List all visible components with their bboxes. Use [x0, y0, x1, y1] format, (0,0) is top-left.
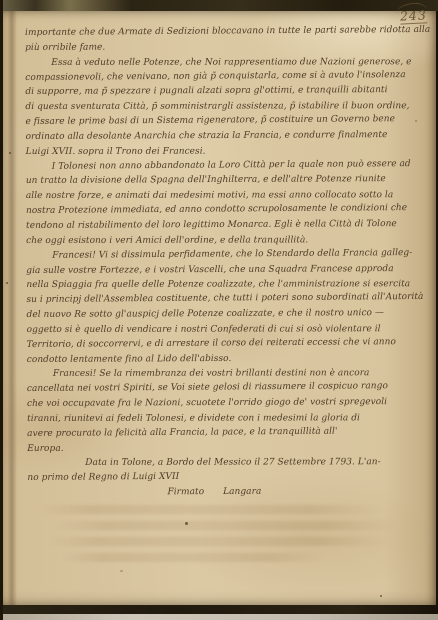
- manuscript-line: condotto lentamente fino al Lido dell'ab…: [27, 350, 432, 367]
- manuscript-line: tendono al ristabilimento del loro legit…: [26, 217, 431, 234]
- ink-speck: [6, 282, 8, 284]
- book-bottom-edge: [0, 605, 438, 614]
- manuscript-line: di supporre, ma p̃ spezzare i pugnali al…: [25, 83, 430, 100]
- manuscript-line: Firmato Langara: [27, 484, 432, 501]
- verso-bleed-through: [55, 521, 395, 530]
- manuscript-text: importante che due Armate di Sedizioni b…: [25, 24, 432, 501]
- manuscript-line: gia sulle vostre Fortezze, e i vostri Va…: [26, 261, 431, 278]
- verso-bleed-through: [62, 553, 322, 562]
- manuscript-line: Francesi! Vi si dissimula perfidamente, …: [26, 246, 431, 264]
- ink-speck: [185, 522, 188, 525]
- binding-gutter-shadow: [7, 9, 17, 607]
- manuscript-line: più orribile fame.: [25, 39, 430, 56]
- manuscript-line: un tratto la divisione della Spagna dell…: [26, 172, 431, 189]
- manuscript-line: che voi occupavate fra le Nazioni, scuot…: [27, 395, 432, 412]
- foxing-spot: [120, 570, 123, 572]
- ink-speck: [9, 152, 11, 154]
- verso-bleed-through: [40, 505, 380, 514]
- manuscript-line: del nuovo Re sotto gl'auspicj delle Pote…: [26, 306, 431, 323]
- manuscript-line: I Tolonesi non anno abbandonato la Loro …: [26, 156, 431, 174]
- foxing-spot: [415, 120, 417, 122]
- verso-bleed-through: [48, 537, 388, 546]
- manuscript-line: Europa.: [27, 439, 432, 456]
- manuscript-line: importante che due Armate di Sedizioni b…: [25, 23, 430, 41]
- ink-speck: [380, 595, 382, 597]
- manuscript-line: compassionevoli, che venivano, non già p…: [25, 67, 430, 85]
- book-top-edge: [0, 0, 438, 11]
- manuscript-line: Territorio, di soccorrervi, e di arresta…: [27, 335, 432, 353]
- book-left-edge: [0, 0, 3, 620]
- manuscript-line: avere procurato la felicità alla Francia…: [27, 424, 432, 442]
- manuscript-line: ordinato alla desolante Anarchia che str…: [26, 128, 431, 145]
- page-stack-edge: [0, 614, 438, 620]
